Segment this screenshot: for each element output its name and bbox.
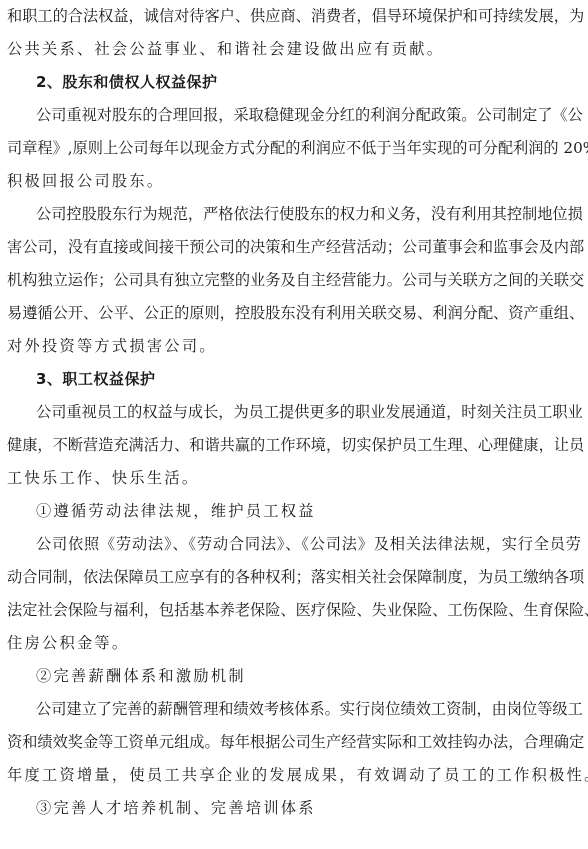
subheading-compensation: ②完善薪酬体系和激励机制: [7, 660, 581, 693]
subheading-training: ③完善人才培养机制、完善培训体系: [7, 792, 581, 825]
paragraph-line: 和职工的合法权益，诚信对待客户、供应商、消费者，倡导环境保护和可持续发展，为: [7, 0, 581, 33]
paragraph-line: 公司建立了完善的薪酬管理和绩效考核体系。实行岗位绩效工资制，由岗位等级工: [7, 693, 581, 726]
document-page: 和职工的合法权益，诚信对待客户、供应商、消费者，倡导环境保护和可持续发展，为 公…: [7, 0, 581, 825]
paragraph-line: 公司控股股东行为规范，严格依法行使股东的权力和义务，没有利用其控制地位损: [7, 198, 581, 231]
paragraph-line: 公司重视对股东的合理回报，采取稳健现金分红的利润分配政策。公司制定了《公: [7, 99, 581, 132]
paragraph-line: 年度工资增量，使员工共享企业的发展成果，有效调动了员工的工作积极性。: [7, 759, 581, 792]
paragraph-line: 健康，不断营造充满活力、和谐共赢的工作环境，切实保护员工生理、心理健康，让员: [7, 429, 581, 462]
paragraph-line: 对外投资等方式损害公司。: [7, 330, 581, 363]
paragraph-line: 公司依照《劳动法》、《劳动合同法》、《公司法》及相关法律法规，实行全员劳: [7, 528, 581, 561]
paragraph-line: 资和绩效奖金等工资单元组成。每年根据公司生产经营实际和工效挂钩办法，合理确定: [7, 726, 581, 759]
paragraph-line: 法定社会保险与福利，包括基本养老保险、医疗保险、失业保险、工伤保险、生育保险、: [7, 594, 581, 627]
paragraph-line: 机构独立运作；公司具有独立完整的业务及自主经营能力。公司与关联方之间的关联交: [7, 264, 581, 297]
paragraph-line: 司章程》,原则上公司每年以现金方式分配的利润应不低于当年实现的可分配利润的 20…: [7, 132, 581, 165]
paragraph-line: 积极回报公司股东。: [7, 165, 581, 198]
paragraph-line: 动合同制，依法保障员工应享有的各种权利；落实相关社会保障制度，为员工缴纳各项: [7, 561, 581, 594]
paragraph-line: 工快乐工作、快乐生活。: [7, 462, 581, 495]
paragraph-line: 易遵循公开、公平、公正的原则，控股股东没有利用关联交易、利润分配、资产重组、: [7, 297, 581, 330]
section-heading-shareholder-rights: 2、股东和债权人权益保护: [7, 66, 581, 99]
section-heading-employee-rights: 3、职工权益保护: [7, 363, 581, 396]
paragraph-line: 害公司，没有直接或间接干预公司的决策和生产经营活动；公司董事会和监事会及内部: [7, 231, 581, 264]
subheading-labor-law: ①遵循劳动法律法规，维护员工权益: [7, 495, 581, 528]
paragraph-line: 公司重视员工的权益与成长，为员工提供更多的职业发展通道，时刻关注员工职业: [7, 396, 581, 429]
paragraph-line: 住房公积金等。: [7, 627, 581, 660]
paragraph-line: 公共关系、社会公益事业、和谐社会建设做出应有贡献。: [7, 33, 581, 66]
